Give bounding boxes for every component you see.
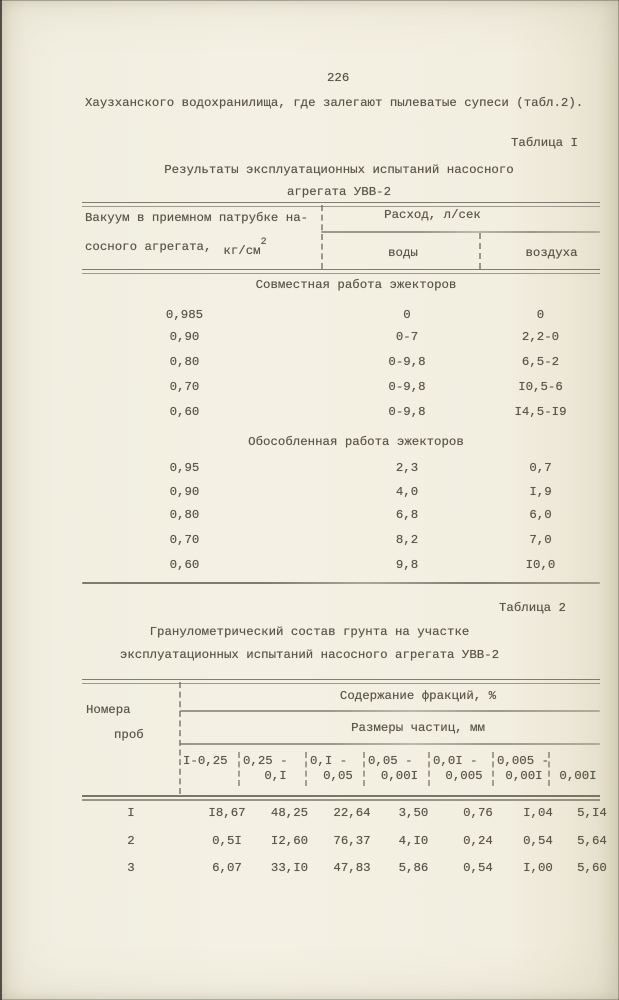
- size-col-line2: 0,05: [307, 768, 363, 783]
- table-row: 3 6,07 33,I0 47,83 5,86 0,54 I,00 5,60: [82, 860, 600, 876]
- cell-fraction: 0,76: [446, 805, 510, 821]
- cell-water-flow: 2,3: [323, 460, 481, 476]
- cell-fraction: 22,64: [323, 805, 381, 821]
- table1-title-line2: агрегата УВВ-2: [60, 184, 618, 200]
- table1-header-bottom-rule: [82, 269, 600, 274]
- size-col-line1: 0,05 -: [365, 753, 428, 768]
- cell-vacuum: 0,80: [82, 354, 323, 370]
- size-col-line2: [180, 768, 238, 783]
- table1-header-vacuum-line1: Вакуум в приемном патрубке на-: [85, 210, 308, 226]
- cell-vacuum: 0,80: [82, 507, 323, 523]
- cell-fraction: 76,37: [323, 833, 381, 849]
- vacuum-line2-text: сосного агрегата,: [85, 240, 211, 254]
- table-row: 0,60 0-9,8 I4,5-I9: [82, 404, 600, 420]
- table2-size-columns-header: I-0,25 0,25 - 0,I 0,I - 0,05 0,05 - 0,00…: [180, 752, 600, 786]
- cell-fraction: 3,50: [381, 805, 446, 821]
- size-col-line2: 0,I: [240, 768, 305, 783]
- cell-air-flow: 6,0: [481, 507, 600, 523]
- cell-water-flow: 0: [323, 307, 481, 323]
- cell-air-flow: 0,7: [481, 460, 600, 476]
- table2-top-rule: [82, 679, 600, 684]
- size-col-line1: 0,0I -: [430, 753, 492, 768]
- table-row: 0,95 2,3 0,7: [82, 460, 600, 476]
- cell-sample-number: 2: [82, 833, 180, 849]
- cell-air-flow: 2,2-0: [481, 329, 600, 345]
- table-row: 0,70 0-9,8 I0,5-6: [82, 379, 600, 395]
- cell-fraction: 5,86: [381, 860, 446, 876]
- cell-water-flow: 9,8: [323, 557, 481, 573]
- table1-header-water: воды: [321, 245, 479, 261]
- size-col-line2: 0,00I: [365, 768, 428, 783]
- table2-sizes-rule: [180, 743, 600, 745]
- cell-air-flow: I0,0: [481, 557, 600, 573]
- cell-air-flow: I,9: [481, 484, 600, 500]
- page-number: 226: [327, 70, 349, 86]
- cell-vacuum: 0,985: [82, 307, 323, 323]
- cell-sample-number: I: [82, 805, 180, 821]
- table1-header-air: воздуха: [479, 245, 600, 261]
- table2-header-sizes: Размеры частиц, мм: [180, 720, 600, 736]
- cell-water-flow: 0-9,8: [323, 354, 481, 370]
- table-row: 0,80 6,8 6,0: [82, 507, 600, 523]
- size-col-header: 0,05 - 0,00I: [363, 752, 428, 786]
- table2-header-samples-line2: проб: [114, 727, 144, 743]
- table-row: 0,80 0-9,8 6,5-2: [82, 354, 600, 370]
- table1-section2-title: Обособленная работа эжекторов: [82, 434, 600, 450]
- cell-water-flow: 0-7: [323, 329, 481, 345]
- size-col-line1: 0,I -: [307, 753, 363, 768]
- table-row: 2 0,5I I2,60 76,37 4,I0 0,24 0,54 5,64: [82, 833, 600, 849]
- size-col-line1: [550, 753, 600, 768]
- cell-fraction: I2,60: [256, 833, 323, 849]
- table2-label: Таблица 2: [499, 600, 566, 616]
- size-col-line1: 0,005 -: [494, 753, 548, 768]
- cell-fraction: 0,5I: [198, 833, 256, 849]
- cell-air-flow: I4,5-I9: [481, 404, 600, 420]
- cell-vacuum: 0,70: [82, 532, 323, 548]
- cell-vacuum: 0,70: [82, 379, 323, 395]
- cell-vacuum: 0,60: [82, 404, 323, 420]
- cell-fraction: 33,I0: [256, 860, 323, 876]
- table-row: I I8,67 48,25 22,64 3,50 0,76 I,04 5,I4: [82, 805, 600, 821]
- size-col-line2: 0,005: [430, 768, 492, 783]
- table2-header-bottom-rule: [82, 795, 600, 801]
- cell-fraction: 4,I0: [381, 833, 446, 849]
- table1-flow-subrule: [321, 231, 600, 233]
- cell-fraction: 5,60: [566, 860, 618, 876]
- size-col-line1: 0,25 -: [240, 753, 305, 768]
- vacuum-unit-text: кг/см: [223, 244, 260, 258]
- table1-title-line1: Результаты эксплуатационных испытаний на…: [60, 162, 618, 178]
- cell-sample-number: 3: [82, 860, 180, 876]
- intro-paragraph: Хаузханского водохранилища, где залегают…: [85, 95, 583, 111]
- cell-water-flow: 6,8: [323, 507, 481, 523]
- cell-water-flow: 0-9,8: [323, 404, 481, 420]
- scanned-document-page: 226 Хаузханского водохранилища, где зале…: [0, 0, 619, 1000]
- cell-air-flow: 6,5-2: [481, 354, 600, 370]
- cell-air-flow: I0,5-6: [481, 379, 600, 395]
- table-row: 0,60 9,8 I0,0: [82, 557, 600, 573]
- cell-fraction: 5,I4: [566, 805, 618, 821]
- cell-fraction: 5,64: [566, 833, 618, 849]
- cell-fraction: 0,54: [446, 860, 510, 876]
- table2-header-samples-line1: Номера: [86, 702, 131, 718]
- table1-section1-title: Совместная работа эжекторов: [82, 277, 600, 293]
- cell-water-flow: 8,2: [323, 532, 481, 548]
- cell-vacuum: 0,95: [82, 460, 323, 476]
- size-col-header: 0,005 - 0,00I: [492, 752, 548, 786]
- table2-header-fractions: Содержание фракций, %: [180, 688, 600, 704]
- table1-header-vacuum-line2: сосного агрегата,кг/см2: [85, 236, 267, 255]
- table-row: 0,70 8,2 7,0: [82, 532, 600, 548]
- vacuum-unit-sup: 2: [261, 237, 267, 248]
- size-col-line2: 0,00I: [494, 768, 548, 783]
- size-col-line2: 0,00I: [550, 768, 600, 783]
- size-col-header: 0,0I - 0,005: [428, 752, 492, 786]
- vacuum-unit: кг/см2: [223, 244, 266, 258]
- table-row: 0,90 4,0 I,9: [82, 484, 600, 500]
- table1-bottom-rule: [82, 582, 600, 584]
- cell-vacuum: 0,90: [82, 329, 323, 345]
- cell-fraction: 6,07: [198, 860, 256, 876]
- cell-air-flow: 0: [481, 307, 600, 323]
- cell-fraction: 47,83: [323, 860, 381, 876]
- size-col-header: I-0,25: [180, 752, 238, 786]
- cell-water-flow: 4,0: [323, 484, 481, 500]
- cell-fraction: I8,67: [198, 805, 256, 821]
- cell-fraction: 0,24: [446, 833, 510, 849]
- table1-header-flow: Расход, л/сек: [321, 207, 600, 223]
- cell-water-flow: 0-9,8: [323, 379, 481, 395]
- size-col-header: 0,25 - 0,I: [238, 752, 305, 786]
- size-col-header: 0,00I: [548, 752, 600, 786]
- cell-vacuum: 0,60: [82, 557, 323, 573]
- size-col-line1: I-0,25: [180, 753, 238, 768]
- table-row: 0,985 0 0: [82, 307, 600, 323]
- cell-fraction: I,04: [510, 805, 566, 821]
- size-col-header: 0,I - 0,05: [305, 752, 363, 786]
- cell-fraction: 0,54: [510, 833, 566, 849]
- cell-vacuum: 0,90: [82, 484, 323, 500]
- table2-title-line2: эксплуатационных испытаний насосного агр…: [0, 647, 619, 663]
- cell-fraction: I,00: [510, 860, 566, 876]
- table1-label: Таблица I: [511, 135, 578, 151]
- table-row: 0,90 0-7 2,2-0: [82, 329, 600, 345]
- table2-fractions-rule: [180, 710, 600, 712]
- table2-title-line1: Гранулометрический состав грунта на учас…: [0, 624, 619, 640]
- cell-air-flow: 7,0: [481, 532, 600, 548]
- cell-fraction: 48,25: [256, 805, 323, 821]
